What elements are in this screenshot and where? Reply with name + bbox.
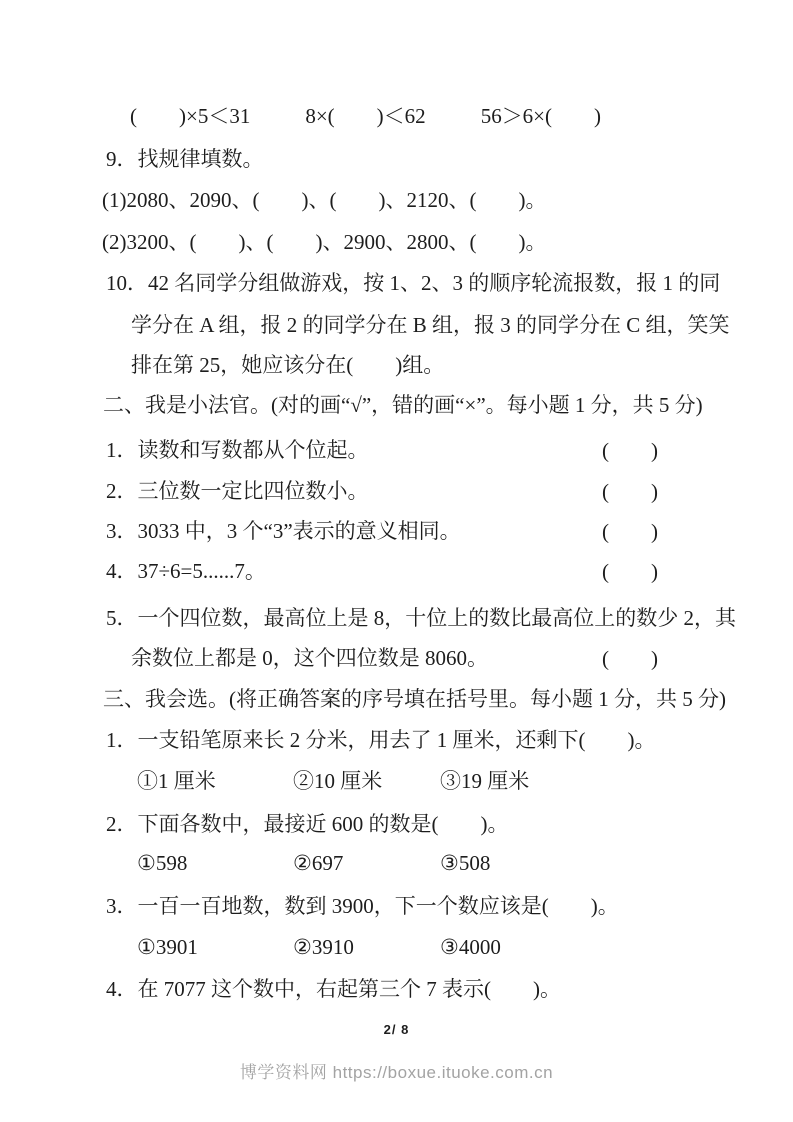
- judge-item-5-line2: 余数位上都是 0，这个四位数是 8060。 ( ): [0, 638, 793, 679]
- question-10-line1: 10．42 名同学分组做游戏，按 1、2、3 的顺序轮流报数，报 1 的同: [0, 263, 793, 304]
- choice-2-option-1: ①598: [137, 843, 293, 884]
- judge-item-5-line1: 5．一个四位数，最高位上是 8，十位上的数比最高位上的数少 2，其: [0, 598, 793, 639]
- judge-item-4-text: 4．37÷6=5......7。: [106, 551, 266, 592]
- fill-expression-3: 56＞6×( ): [481, 96, 601, 137]
- choice-1-option-1: ①1 厘米: [137, 761, 293, 802]
- judge-item-3: 3．3033 中，3 个“3”表示的意义相同。 ( ): [0, 511, 793, 552]
- judge-item-1-text: 1．读数和写数都从个位起。: [106, 430, 369, 471]
- choice-question-2: 2．下面各数中，最接近 600 的数是( )。: [0, 804, 793, 845]
- choice-question-1-options: ①1 厘米 ②10 厘米 ③19 厘米: [0, 761, 793, 802]
- fill-expression-1: ( )×5＜31: [130, 96, 250, 137]
- question-10-line2: 学分在 A 组，报 2 的同学分在 B 组，报 3 的同学分在 C 组，笑笑: [0, 305, 793, 346]
- judge-item-3-text: 3．3033 中，3 个“3”表示的意义相同。: [106, 511, 461, 552]
- judge-item-1: 1．读数和写数都从个位起。 ( ): [0, 430, 793, 471]
- watermark-link: 博学资料网 https://boxue.ituoke.com.cn: [0, 1058, 793, 1086]
- choice-1-option-3: ③19 厘米: [440, 761, 529, 802]
- fill-expression-2: 8×( )＜62: [305, 96, 425, 137]
- choice-2-option-3: ③508: [440, 843, 490, 884]
- page-number: 2/ 8: [0, 1022, 793, 1044]
- choice-question-2-options: ①598 ②697 ③508: [0, 843, 793, 884]
- choice-1-option-2: ②10 厘米: [293, 761, 440, 802]
- choice-question-3: 3．一百一百地数，数到 3900，下一个数应该是( )。: [0, 886, 793, 927]
- choice-3-option-2: ②3910: [293, 927, 440, 968]
- question-9-sub1: (1)2080、2090、( )、( )、2120、( )。: [0, 180, 793, 221]
- question-9-sub2: (2)3200、( )、( )、2900、2800、( )。: [0, 222, 793, 263]
- choice-question-3-options: ①3901 ②3910 ③4000: [0, 927, 793, 968]
- choice-3-option-1: ①3901: [137, 927, 293, 968]
- judge-item-3-answer-blank: ( ): [602, 511, 658, 552]
- fill-blanks-row: ( )×5＜31 8×( )＜62 56＞6×( ): [0, 96, 793, 137]
- choice-question-1: 1．一支铅笔原来长 2 分米，用去了 1 厘米，还剩下( )。: [0, 720, 793, 761]
- judge-item-4: 4．37÷6=5......7。 ( ): [0, 551, 793, 592]
- choice-question-4: 4．在 7077 这个数中，右起第三个 7 表示( )。: [0, 969, 793, 1010]
- question-9-title: 9．找规律填数。: [0, 139, 793, 180]
- section-3-header: 三、我会选。(将正确答案的序号填在括号里。每小题 1 分，共 5 分): [0, 679, 793, 720]
- judge-item-2-text: 2．三位数一定比四位数小。: [106, 471, 369, 512]
- choice-2-option-2: ②697: [293, 843, 440, 884]
- judge-item-5-text: 余数位上都是 0，这个四位数是 8060。: [131, 638, 488, 679]
- exam-page: ( )×5＜31 8×( )＜62 56＞6×( ) 9．找规律填数。 (1)2…: [0, 0, 793, 1122]
- judge-item-1-answer-blank: ( ): [602, 430, 658, 471]
- choice-3-option-3: ③4000: [440, 927, 501, 968]
- question-10-line3: 排在第 25，她应该分在( )组。: [0, 345, 793, 386]
- judge-item-2: 2．三位数一定比四位数小。 ( ): [0, 471, 793, 512]
- section-2-header: 二、我是小法官。(对的画“√”，错的画“×”。每小题 1 分，共 5 分): [0, 385, 793, 426]
- judge-item-4-answer-blank: ( ): [602, 551, 658, 592]
- judge-item-5-answer-blank: ( ): [602, 638, 658, 679]
- judge-item-2-answer-blank: ( ): [602, 471, 658, 512]
